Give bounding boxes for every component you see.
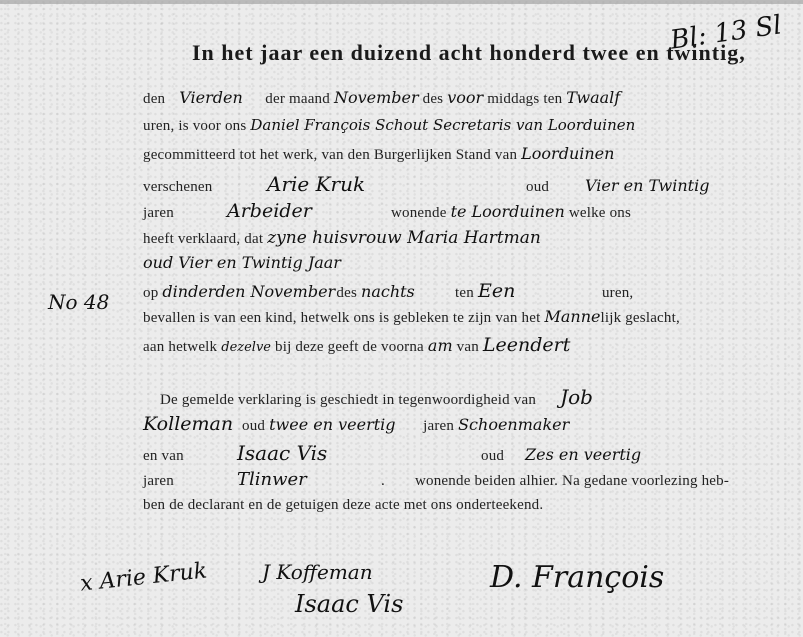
line-mother: heeft verklaard, dat zyne huisvrouw Mari… [143,228,541,248]
printed-text: van [457,339,479,355]
name-suffix-handwritten: am [428,336,453,355]
witness2-name-handwritten: Isaac Vis [237,441,477,465]
line-witness-intro: De gemelde verklaring is geschiedt in te… [160,385,593,409]
printed-text: ten [455,285,474,301]
line-child-sex: bevallen is van een kind, hetwelk ons is… [143,307,680,327]
printed-text: bij deze geeft de voorna [275,339,424,355]
printed-text: middags ten [487,91,562,107]
witness1-occupation-handwritten: Schoenmaker [458,415,569,434]
printed-text: lijk geslacht, [600,310,679,326]
printed-text: op [143,285,158,301]
line-child-name: aan hetwelk dezelve bij deze geeft de vo… [143,334,570,356]
day-handwritten: Vierden [169,88,261,107]
printed-text: heeft verklaard, dat [143,231,263,247]
line-witness2-occupation: jaren Tlinwer . wonende beiden alhier. N… [143,469,729,490]
municipality-handwritten: Loorduinen [521,144,614,163]
page-top-edge [0,0,803,4]
ampm-handwritten: voor [447,88,483,107]
printed-text: des [423,91,444,107]
printed-text: verschenen [143,179,263,196]
printed-text: wonende beiden alhier. Na gedane voorlez… [415,473,729,489]
witness2-age-handwritten: Zes en veertig [525,445,641,464]
printed-text: oud [471,179,581,196]
printed-text: en van [143,448,233,465]
child-name-handwritten: Leendert [483,334,570,356]
witness2-occupation-handwritten: Tlinwer [237,469,377,490]
printed-text: wonende [391,205,447,221]
line-witness2: en van Isaac Vis oud Zes en veertig [143,441,641,465]
birth-date-handwritten: dinderden November [162,282,332,301]
line-closing: ben de declarant en de getuigen deze act… [143,496,543,514]
printed-text: uren, is voor ons [143,118,246,134]
record-number: No 48 [48,290,109,314]
document-heading: In het jaar een duizend acht honderd twe… [192,40,746,66]
printed-text: bevallen is van een kind, hetwelk ons is… [143,310,540,326]
witness1-age-handwritten: twee en veertig [269,415,419,434]
witness1-first-name-handwritten: Job [540,385,593,409]
mother-name-handwritten: zyne huisvrouw Maria Hartman [267,228,541,248]
residence-handwritten: te Loorduinen [451,202,565,221]
line-registry: gecommitteerd tot het werk, van den Burg… [143,144,614,164]
printed-text: oud [242,418,265,434]
night-handwritten: nachts [361,282,451,301]
declarant-age-handwritten: Vier en Twintig [585,176,709,195]
occupation-handwritten: Arbeider [227,200,387,222]
signature-witness2: Isaac Vis [295,590,403,618]
printed-text: aan hetwelk [143,339,217,355]
line-official: uren, is voor ons Daniel François Schout… [143,116,635,135]
line-appeared: verschenen Arie Kruk oud Vier en Twintig [143,172,709,196]
signature-declarant: x Arie Kruk [79,558,208,596]
line-occupation: jaren Arbeider wonende te Loorduinen wel… [143,200,631,222]
month-handwritten: November [334,88,419,107]
signature-witness1: J Koffeman [262,560,373,584]
official-name-handwritten: Daniel François Schout Secretaris van Lo… [250,116,635,134]
printed-text: De gemelde verklaring is geschiedt in te… [160,392,536,408]
printed-text: des [336,285,357,301]
hour-handwritten: Twaalf [566,88,620,107]
printed-text: welke ons [569,205,631,221]
birth-hour-handwritten: Een [478,280,598,302]
printed-text: der maand [265,91,330,107]
witness1-surname-handwritten: Kolleman [143,413,238,435]
signature-official: D. François [490,560,664,595]
line-witness1: Kolleman oud twee en veertig jaren Schoe… [143,413,569,435]
line-date: den Vierden der maand November des voor … [143,88,620,108]
printed-text: . [381,473,411,490]
printed-text: gecommitteerd tot het werk, van den Burg… [143,147,517,163]
printed-text: oud [481,448,521,465]
sex-handwritten: Manne [544,307,600,326]
declarant-name-handwritten: Arie Kruk [267,172,467,196]
line-mother-age: oud Vier en Twintig Jaar [143,253,341,273]
mother-age-handwritten: oud Vier en Twintig Jaar [143,253,341,272]
printed-text: jaren [423,418,454,434]
printed-text: den [143,91,165,107]
printed-text: jaren [143,473,233,490]
heading-text: In het jaar een duizend acht honderd twe… [192,40,746,65]
printed-text: jaren [143,205,223,222]
printed-text: ben de declarant en de getuigen deze act… [143,497,543,513]
same-handwritten: dezelve [221,340,271,355]
line-birth-time: op dinderden November des nachts ten Een… [143,280,633,302]
printed-text: uren, [602,285,633,301]
